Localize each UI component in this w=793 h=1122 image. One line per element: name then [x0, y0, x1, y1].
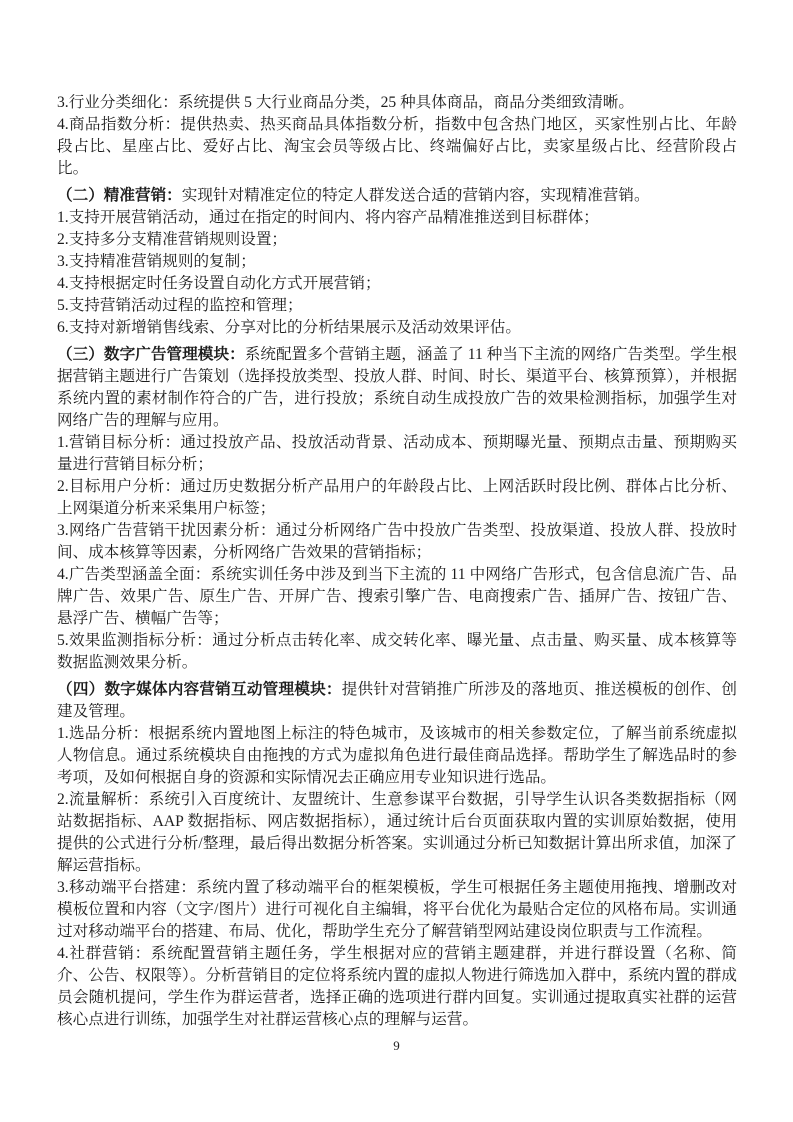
document-page: 3.行业分类细化：系统提供 5 大行业商品分类，25 种具体商品，商品分类细致清… [0, 0, 793, 1122]
page-number: 9 [393, 1038, 400, 1053]
section-heading: （二）精准营销： [57, 187, 182, 204]
section-heading: （三）数字广告管理模块： [57, 346, 245, 363]
list-item: 3.行业分类细化：系统提供 5 大行业商品分类，25 种具体商品，商品分类细致清… [57, 92, 737, 114]
list-item: 2.支持多分支精准营销规则设置； [57, 229, 737, 251]
list-item: 1.支持开展营销活动，通过在指定的时间内、将内容产品精准推送到目标群体； [57, 207, 737, 229]
list-item: 5.支持营销活动过程的监控和管理； [57, 295, 737, 317]
list-item: 3.支持精准营销规则的复制； [57, 251, 737, 273]
section-2-precision-marketing: （二）精准营销：实现针对精准定位的特定人群发送合适的营销内容，实现精准营销。 1… [57, 185, 737, 339]
list-item: 2.目标用户分析：通过历史数据分析产品用户的年龄段占比、上网活跃时段比例、群体占… [57, 476, 737, 520]
list-item: 1.营销目标分析：通过投放产品、投放活动背景、活动成本、预期曝光量、预期点击量、… [57, 432, 737, 476]
list-item: 4.广告类型涵盖全面：系统实训任务中涉及到当下主流的 11 中网络广告形式，包含… [57, 564, 737, 630]
list-item: 2.流量解析：系统引入百度统计、友盟统计、生意参谋平台数据，引导学生认识各类数据… [57, 789, 737, 877]
section-intro: 实现针对精准定位的特定人群发送合适的营销内容，实现精准营销。 [182, 187, 650, 204]
list-item: 4.商品指数分析：提供热卖、热买商品具体指数分析，指数中包含热门地区，买家性别占… [57, 114, 737, 180]
list-item: 5.效果监测指标分析：通过分析点击转化率、成交转化率、曝光量、点击量、购买量、成… [57, 630, 737, 674]
section-4-digital-media-content: （四）数字媒体内容营销互动管理模块：提供针对营销推广所涉及的落地页、推送模板的创… [57, 679, 737, 1031]
list-item: 3.移动端平台搭建：系统内置了移动端平台的框架模板，学生可根据任务主题使用拖拽、… [57, 877, 737, 943]
carryover-list: 3.行业分类细化：系统提供 5 大行业商品分类，25 种具体商品，商品分类细致清… [57, 92, 737, 180]
section-heading-paragraph: （二）精准营销：实现针对精准定位的特定人群发送合适的营销内容，实现精准营销。 [57, 185, 737, 207]
page-footer: 9 [0, 1038, 793, 1054]
section-heading-paragraph: （三）数字广告管理模块：系统配置多个营销主题，涵盖了 11 种当下主流的网络广告… [57, 344, 737, 432]
section-heading-paragraph: （四）数字媒体内容营销互动管理模块：提供针对营销推广所涉及的落地页、推送模板的创… [57, 679, 737, 723]
list-item: 3.网络广告营销干扰因素分析：通过分析网络广告中投放广告类型、投放渠道、投放人群… [57, 520, 737, 564]
list-item: 6.支持对新增销售线索、分享对比的分析结果展示及活动效果评估。 [57, 317, 737, 339]
section-heading: （四）数字媒体内容营销互动管理模块： [57, 681, 342, 698]
list-item: 4.支持根据定时任务设置自动化方式开展营销； [57, 273, 737, 295]
list-item: 4.社群营销：系统配置营销主题任务，学生根据对应的营销主题建群，并进行群设置（名… [57, 943, 737, 1031]
section-3-digital-ad-management: （三）数字广告管理模块：系统配置多个营销主题，涵盖了 11 种当下主流的网络广告… [57, 344, 737, 674]
list-item: 1.选品分析：根据系统内置地图上标注的特色城市，及该城市的相关参数定位，了解当前… [57, 723, 737, 789]
